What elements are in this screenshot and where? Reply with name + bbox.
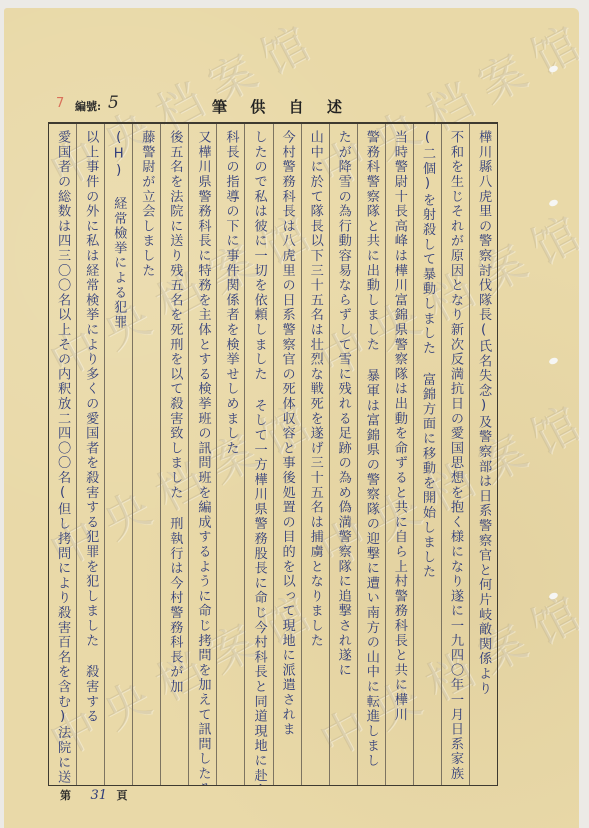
text-column: 愛国者の総数は四三〇〇名以上その内釈放二四〇〇名(但し拷問により殺害百名を含む)… xyxy=(49,124,76,785)
handwritten-line: 山中に於て隊長以下三十五名は壮烈な戦死を遂げ三十五名は捕虜となりました xyxy=(308,130,321,648)
code-value: 5 xyxy=(108,93,119,113)
punch-hole xyxy=(548,199,559,208)
handwritten-line: したので私は彼に一切を依頼しました そして一方樺川県警務股長に命じ今村科長と同道… xyxy=(252,130,265,785)
title-char: 筆 xyxy=(212,96,227,117)
handwritten-line: (二個)を射殺して暴動しました 富錦方面に移動を開始しました xyxy=(421,130,434,579)
page-prefix: 第 xyxy=(60,789,71,802)
handwritten-line: 以上事件の外に私は経常検挙により多くの愛国者を殺害する犯罪を犯しました 殺害する xyxy=(84,130,97,724)
handwritten-line: 藤警尉が立会しました xyxy=(140,130,153,278)
punch-hole xyxy=(548,65,559,74)
handwritten-line: 樺川縣八虎里の警察討伐隊長(氏名失念)及警察部は日系警察官と何片岐敵関係より xyxy=(477,130,490,696)
text-column: 不和を生じそれが原因となり新次反満抗日の愛国思想を抱く様になり遂に一九四〇年一月… xyxy=(441,124,469,785)
text-column: たが降雪の為行動容易ならずして雪に残れる足跡の為め偽満警察隊に追撃され遂に xyxy=(329,124,357,785)
text-column: 又樺川県警務科長に特務を主体とする検挙班の訊問班を編成するように命じ拷問を加えて… xyxy=(188,124,216,785)
document-header: 7 編號: 5 筆 供 自 述 xyxy=(0,96,589,120)
text-column: (H) 経常檢挙による犯罪 xyxy=(104,124,132,785)
ruled-writing-grid: 樺川縣八虎里の警察討伐隊長(氏名失念)及警察部は日系警察官と何片岐敵関係より不和… xyxy=(48,122,498,786)
text-column: (二個)を射殺して暴動しました 富錦方面に移動を開始しました xyxy=(413,124,441,785)
handwritten-line: 警務科警察隊と共に出動しました 暴軍は富錦県の警察隊の迎撃に遭い南方の山中に転進… xyxy=(365,130,378,768)
code-label: 編號: xyxy=(75,98,101,114)
red-annotation-mark: 7 xyxy=(56,96,64,111)
text-column: 山中に於て隊長以下三十五名は壮烈な戦死を遂げ三十五名は捕虜となりました xyxy=(301,124,329,785)
text-column: 警務科警察隊と共に出動しました 暴軍は富錦県の警察隊の迎撃に遭い南方の山中に転進… xyxy=(357,124,385,785)
title-char: 述 xyxy=(327,96,342,117)
text-column: 当時警尉十長高峰は樺川富錦県警察隊は出動を命ずると共に自ら上村警務科長と共に樺川 xyxy=(385,124,413,785)
handwritten-line: 当時警尉十長高峰は樺川富錦県警察隊は出動を命ずると共に自ら上村警務科長と共に樺川 xyxy=(393,130,406,722)
handwritten-line: たが降雪の為行動容易ならずして雪に残れる足跡の為め偽満警察隊に追撃され遂に xyxy=(337,130,350,678)
text-column: 藤警尉が立会しました xyxy=(132,124,160,785)
text-column: 後五名を法院に送り残五名を死刑を以て殺害致しました 刑執行は今村警務科長が加 xyxy=(160,124,188,785)
handwritten-line: 不和を生じそれが原因となり新次反満抗日の愛国思想を抱く様になり遂に一九四〇年一月… xyxy=(449,130,462,781)
handwritten-line: 後五名を法院に送り残五名を死刑を以て殺害致しました 刑執行は今村警務科長が加 xyxy=(168,130,181,694)
punch-hole xyxy=(548,592,559,601)
page-number: 31 xyxy=(91,788,108,803)
text-column: 樺川縣八虎里の警察討伐隊長(氏名失念)及警察部は日系警察官と何片岐敵関係より xyxy=(469,124,497,785)
handwritten-line: 愛国者の総数は四三〇〇名以上その内釈放二四〇〇名(但し拷問により殺害百名を含む)… xyxy=(56,130,69,785)
title-char: 供 xyxy=(250,96,265,117)
punch-hole xyxy=(548,357,559,366)
document-title: 筆 供 自 述 xyxy=(212,96,342,117)
handwritten-line: 科長の指導の下に事件関係者を検挙せしめました xyxy=(224,130,237,456)
text-column: 以上事件の外に私は経常検挙により多くの愛国者を殺害する犯罪を犯しました 殺害する xyxy=(76,124,104,785)
text-column: 今村警務科長は八虎里の日系警察官の死体収容と事後処置の目的を以って現地に派遣され… xyxy=(273,124,301,785)
handwritten-line: 又樺川県警務科長に特務を主体とする検挙班の訊問班を編成するように命じ拷問を加えて… xyxy=(196,130,209,785)
page-footer: 第 31 頁 xyxy=(60,787,128,803)
page-suffix: 頁 xyxy=(117,789,128,802)
handwritten-line: 今村警務科長は八虎里の日系警察官の死体収容と事後処置の目的を以って現地に派遣され… xyxy=(280,130,293,737)
text-column: したので私は彼に一切を依頼しました そして一方樺川県警務股長に命じ今村科長と同道… xyxy=(244,124,272,785)
handwritten-line: (H) 経常檢挙による犯罪 xyxy=(112,130,125,330)
title-char: 自 xyxy=(289,96,304,117)
text-column: 科長の指導の下に事件関係者を検挙せしめました xyxy=(216,124,244,785)
